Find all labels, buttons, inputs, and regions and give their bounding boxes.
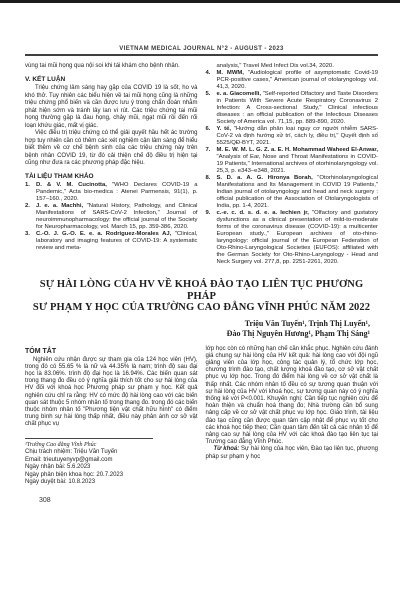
reference-item: 4.M. MWM, "Audiological profile of asymp… <box>206 70 379 91</box>
reference-authors: C.-O. J. G.-O. E. e. a. Rodriguez-Morale… <box>36 231 171 237</box>
article-title-line2: SƯ PHẠM Y HỌC CỦA TRƯỜNG CAO ĐẲNG VĨNH P… <box>25 302 378 314</box>
reference-item: 7.M. E. W. M. L. G. Z. a. E. H. Mohammad… <box>206 147 379 175</box>
reference-authors: D. & V. M. Cucinotta, <box>36 182 107 188</box>
page-number: 308 <box>25 497 198 504</box>
authors-line2: Đào Thị Nguyên Hương¹, Phạm Thị Sáng¹ <box>25 329 370 339</box>
header-rule <box>25 54 378 56</box>
reference-number: 4. <box>206 70 211 77</box>
reference-authors: S. D. a. A. G. Hironya Borah, <box>217 175 313 181</box>
reference-item: 8.S. D. a. A. G. Hironya Borah, "Otorhin… <box>206 175 379 210</box>
reference-authors: Y. tế, <box>217 126 232 132</box>
scan-edge-artifact <box>0 0 400 3</box>
reference-item: 5.e. a. Giacomelli, "Self-reported Olfac… <box>206 91 379 126</box>
article2-left-column: TÓM TẮT Nghiên cứu nhận được sự tham gia… <box>25 346 198 504</box>
reference-text: "Hướng dẫn phân loại nguy cơ người nhiễm… <box>217 126 379 146</box>
article-authors: Triệu Văn Tuyến¹, Trịnh Thị Luyến¹, Đào … <box>25 319 378 339</box>
article1-columns: vùng tai mũi họng qua nội soi khi tái kh… <box>25 63 378 266</box>
references-heading: TÀI LIỆU THAM KHẢO <box>25 173 198 181</box>
footnote-received-date: Ngày nhận bài: 5.6.2023 <box>25 464 198 472</box>
keywords-label: Từ khoá: <box>214 446 240 452</box>
article2-columns: TÓM TẮT Nghiên cứu nhận được sự tham gia… <box>25 346 378 504</box>
reference-text: "Analysis of Ear, Nose and Throat Manife… <box>217 154 379 174</box>
reference-number: 9. <box>206 210 211 217</box>
conclusion-paragraph-1: Triệu chứng lâm sàng hay gặp của COVID 1… <box>25 85 198 130</box>
footnote-rule <box>25 438 153 439</box>
reference-number: 1. <box>25 182 30 189</box>
reference-number: 5. <box>206 91 211 98</box>
abstract-text-right: lớp học còn có những hạn chế cần khắc ph… <box>206 346 379 447</box>
reference-authors: c.-e. c. d. s. d. e. a. lechien jr, <box>217 210 309 216</box>
reference-item: 1.D. & V. M. Cucinotta, "WHO Declares CO… <box>25 182 198 203</box>
article1-right-column: analysis," Travel Med Infect Dis vol.34,… <box>206 63 379 266</box>
article-title-line1: SỰ HÀI LÒNG CỦA HV VỀ KHOÁ ĐÀO TẠO LIÊN … <box>25 279 378 302</box>
footnote: ¹Trường Cao đẳng Vĩnh Phúc Chịu trách nh… <box>25 442 198 487</box>
abstract-heading: TÓM TẮT <box>25 348 198 355</box>
reference-continuation: analysis," Travel Med Infect Dis vol.34,… <box>206 63 379 70</box>
footnote-affiliation: ¹Trường Cao đẳng Vĩnh Phúc <box>25 442 198 450</box>
article-title: SỰ HÀI LÒNG CỦA HV VỀ KHOÁ ĐÀO TẠO LIÊN … <box>25 279 378 314</box>
keywords-line: Từ khoá: Sự hài lòng của học viên, Đào t… <box>206 446 379 460</box>
journal-page: VIETNAM MEDICAL JOURNAL N°2 - AUGUST - 2… <box>0 0 400 600</box>
footnote-accepted-date: Ngày duyệt bài: 10.8.2023 <box>25 479 198 487</box>
reference-number: 3. <box>25 231 30 238</box>
reference-authors: M. MWM, <box>217 70 244 76</box>
reference-authors: e. a. Giacomelli, <box>217 91 262 97</box>
reference-authors: M. E. W. M. L. G. Z. a. E. H. Mohammad W… <box>217 147 379 153</box>
reference-number: 7. <box>206 147 211 154</box>
continuation-paragraph: vùng tai mũi họng qua nội soi khi tái kh… <box>25 63 198 71</box>
reference-number: 2. <box>25 203 30 210</box>
footnote-email: Email: trieutuyenyvp@gmail.com <box>25 457 198 465</box>
authors-line1: Triệu Văn Tuyến¹, Trịnh Thị Luyến¹, <box>25 319 370 329</box>
article2-right-column: lớp học còn có những hạn chế cần khắc ph… <box>206 346 379 504</box>
reference-item: 9.c.-e. c. d. s. d. e. a. lechien jr, "O… <box>206 210 379 266</box>
reference-item: 6.Y. tế, "Hướng dẫn phân loại nguy cơ ng… <box>206 126 379 147</box>
reference-item: 2.J. e. a. Machhi, "Natural History, Pat… <box>25 203 198 231</box>
reference-authors: J. e. a. Machhi, <box>36 203 83 209</box>
reference-number: 6. <box>206 126 211 133</box>
conclusion-paragraph-2: Việc điều trị triệu chứng có thể giải qu… <box>25 130 198 168</box>
reference-number: 8. <box>206 175 211 182</box>
journal-header: VIETNAM MEDICAL JOURNAL N°2 - AUGUST - 2… <box>25 46 378 52</box>
footnote-responsible: Chịu trách nhiệm: Triệu Văn Tuyến <box>25 449 198 457</box>
conclusion-heading: V. KẾT LUẬN <box>25 76 198 84</box>
reference-text: "Olfactory and gustatory dysfunctions as… <box>217 210 379 265</box>
references-list-left: 1.D. & V. M. Cucinotta, "WHO Declares CO… <box>25 182 198 252</box>
footnote-reviewed-date: Ngày phản biện khoa học: 20.7.2023 <box>25 472 198 480</box>
reference-item: 3.C.-O. J. G.-O. E. e. a. Rodriguez-Mora… <box>25 231 198 252</box>
references-list-right: 4.M. MWM, "Audiological profile of asymp… <box>206 70 379 266</box>
article1-left-column: vùng tai mũi họng qua nội soi khi tái kh… <box>25 63 198 266</box>
abstract-text-left: Nghiên cứu nhận được sự tham gia của 124… <box>25 357 198 429</box>
